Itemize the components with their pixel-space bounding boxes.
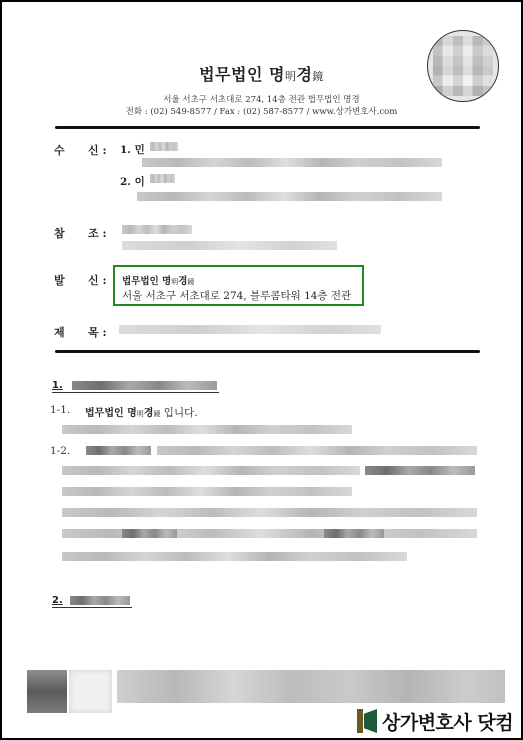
- book-logo-icon: [357, 709, 377, 733]
- header-divider: [55, 126, 480, 129]
- section-2-number: 2.: [52, 595, 63, 606]
- redacted-footer-text: [117, 670, 505, 703]
- redacted-seal-icon: [427, 30, 499, 102]
- item-1-1-number: 1-1.: [50, 404, 70, 416]
- letterhead-contact: 전화 : (02) 549-8577 / Fax : (02) 587-8577…: [2, 105, 521, 117]
- redacted-recipient-1-name: [150, 142, 178, 151]
- redacted-footer-mark: [69, 670, 112, 713]
- redacted-line: [122, 529, 177, 538]
- sender-address: 서울 서초구 서초대로 274, 블루콤타워 14층 전관: [122, 288, 351, 303]
- redacted-reference-1: [122, 225, 192, 234]
- sender-firm-name: 법무법인 명明경鏡: [122, 273, 194, 287]
- redacted-recipient-2-address: [137, 192, 442, 201]
- redacted-line: [62, 552, 407, 561]
- section-2-underline: [52, 607, 132, 608]
- redacted-line: [62, 466, 360, 475]
- recipient-label: 수신 :: [54, 142, 107, 158]
- section-1-underline: [52, 392, 219, 393]
- redacted-line: [365, 466, 475, 475]
- document-page: 법무법인 명明경鏡 서울 서초구 서초대로 274, 14층 전관 법무법인 명…: [0, 0, 523, 740]
- redacted-recipient-1-address: [142, 158, 442, 167]
- item-1-1-text: 법무법인 명明경鏡 입니다.: [85, 404, 198, 420]
- redacted-recipient-2-name: [150, 174, 175, 183]
- redacted-line: [157, 446, 477, 455]
- section-1-number: 1.: [52, 380, 63, 391]
- reference-label: 참조 :: [54, 225, 107, 241]
- redacted-line: [324, 529, 384, 538]
- fields-divider: [55, 350, 480, 353]
- redacted-line: [62, 487, 352, 496]
- recipient-2: 2. 이: [120, 174, 145, 189]
- redacted-subject: [119, 325, 381, 334]
- redacted-reference-2: [122, 241, 337, 250]
- redacted-section-2-title: [70, 596, 130, 605]
- redacted-section-1-title: [72, 381, 217, 390]
- redacted-line: [86, 446, 151, 455]
- brand-text: 상가변호사 닷컴: [382, 708, 513, 735]
- recipient-1: 1. 민: [120, 142, 145, 157]
- sender-highlight-box: 법무법인 명明경鏡 서울 서초구 서초대로 274, 블루콤타워 14층 전관: [113, 265, 364, 306]
- watermark-brand: 상가변호사 닷컴: [357, 707, 513, 735]
- item-1-2-number: 1-2.: [50, 445, 70, 457]
- redacted-footer-logo: [27, 670, 67, 713]
- sender-label: 발신 :: [54, 272, 107, 288]
- subject-label: 제목 :: [54, 324, 107, 340]
- redacted-line: [62, 425, 352, 434]
- redacted-line: [62, 508, 477, 517]
